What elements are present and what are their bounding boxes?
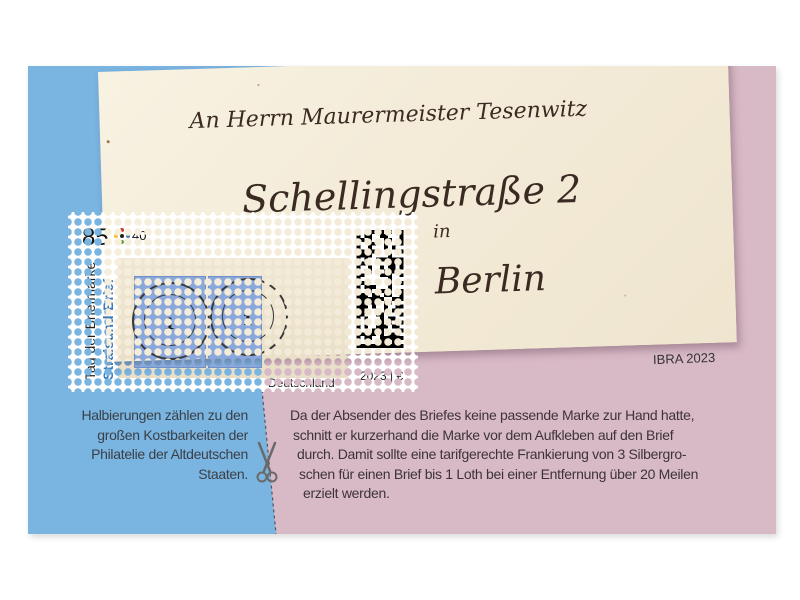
address-line-3: in bbox=[433, 221, 451, 243]
souvenir-sheet: An Herrn Maurermeister Tesenwitz Schelli… bbox=[28, 66, 776, 534]
stamp-title: Tag der Briefmarke bbox=[82, 262, 98, 380]
scissors-icon bbox=[256, 441, 278, 485]
stamp-country: Deutschland bbox=[268, 376, 335, 390]
postage-stamp: 85 40 Tag der Briefmarke Stralsund-Brief… bbox=[68, 212, 418, 392]
stamp-value: 85 bbox=[82, 224, 109, 252]
stamp-year-currency: 2023 | € bbox=[360, 369, 403, 383]
stamp-vertical-labels: Tag der Briefmarke Stralsund-Brief bbox=[80, 258, 120, 378]
colored-dots-icon bbox=[114, 228, 130, 244]
stamp-subtitle: Stralsund-Brief bbox=[100, 279, 116, 380]
event-label: IBRA 2023 bbox=[653, 350, 716, 367]
stamp-surcharge: 40 bbox=[132, 228, 146, 243]
right-caption: Da der Absender des Briefes keine passen… bbox=[290, 406, 760, 504]
address-line-4: Berlin bbox=[434, 258, 546, 302]
postmark-left: 1 bbox=[132, 282, 210, 360]
stamp-photo: 1 1 bbox=[118, 258, 348, 378]
left-caption: Halbierungen zählen zu den großen Kostba… bbox=[56, 406, 248, 484]
datamatrix-code-icon bbox=[356, 230, 404, 348]
postmark-right: 1 bbox=[210, 278, 288, 356]
